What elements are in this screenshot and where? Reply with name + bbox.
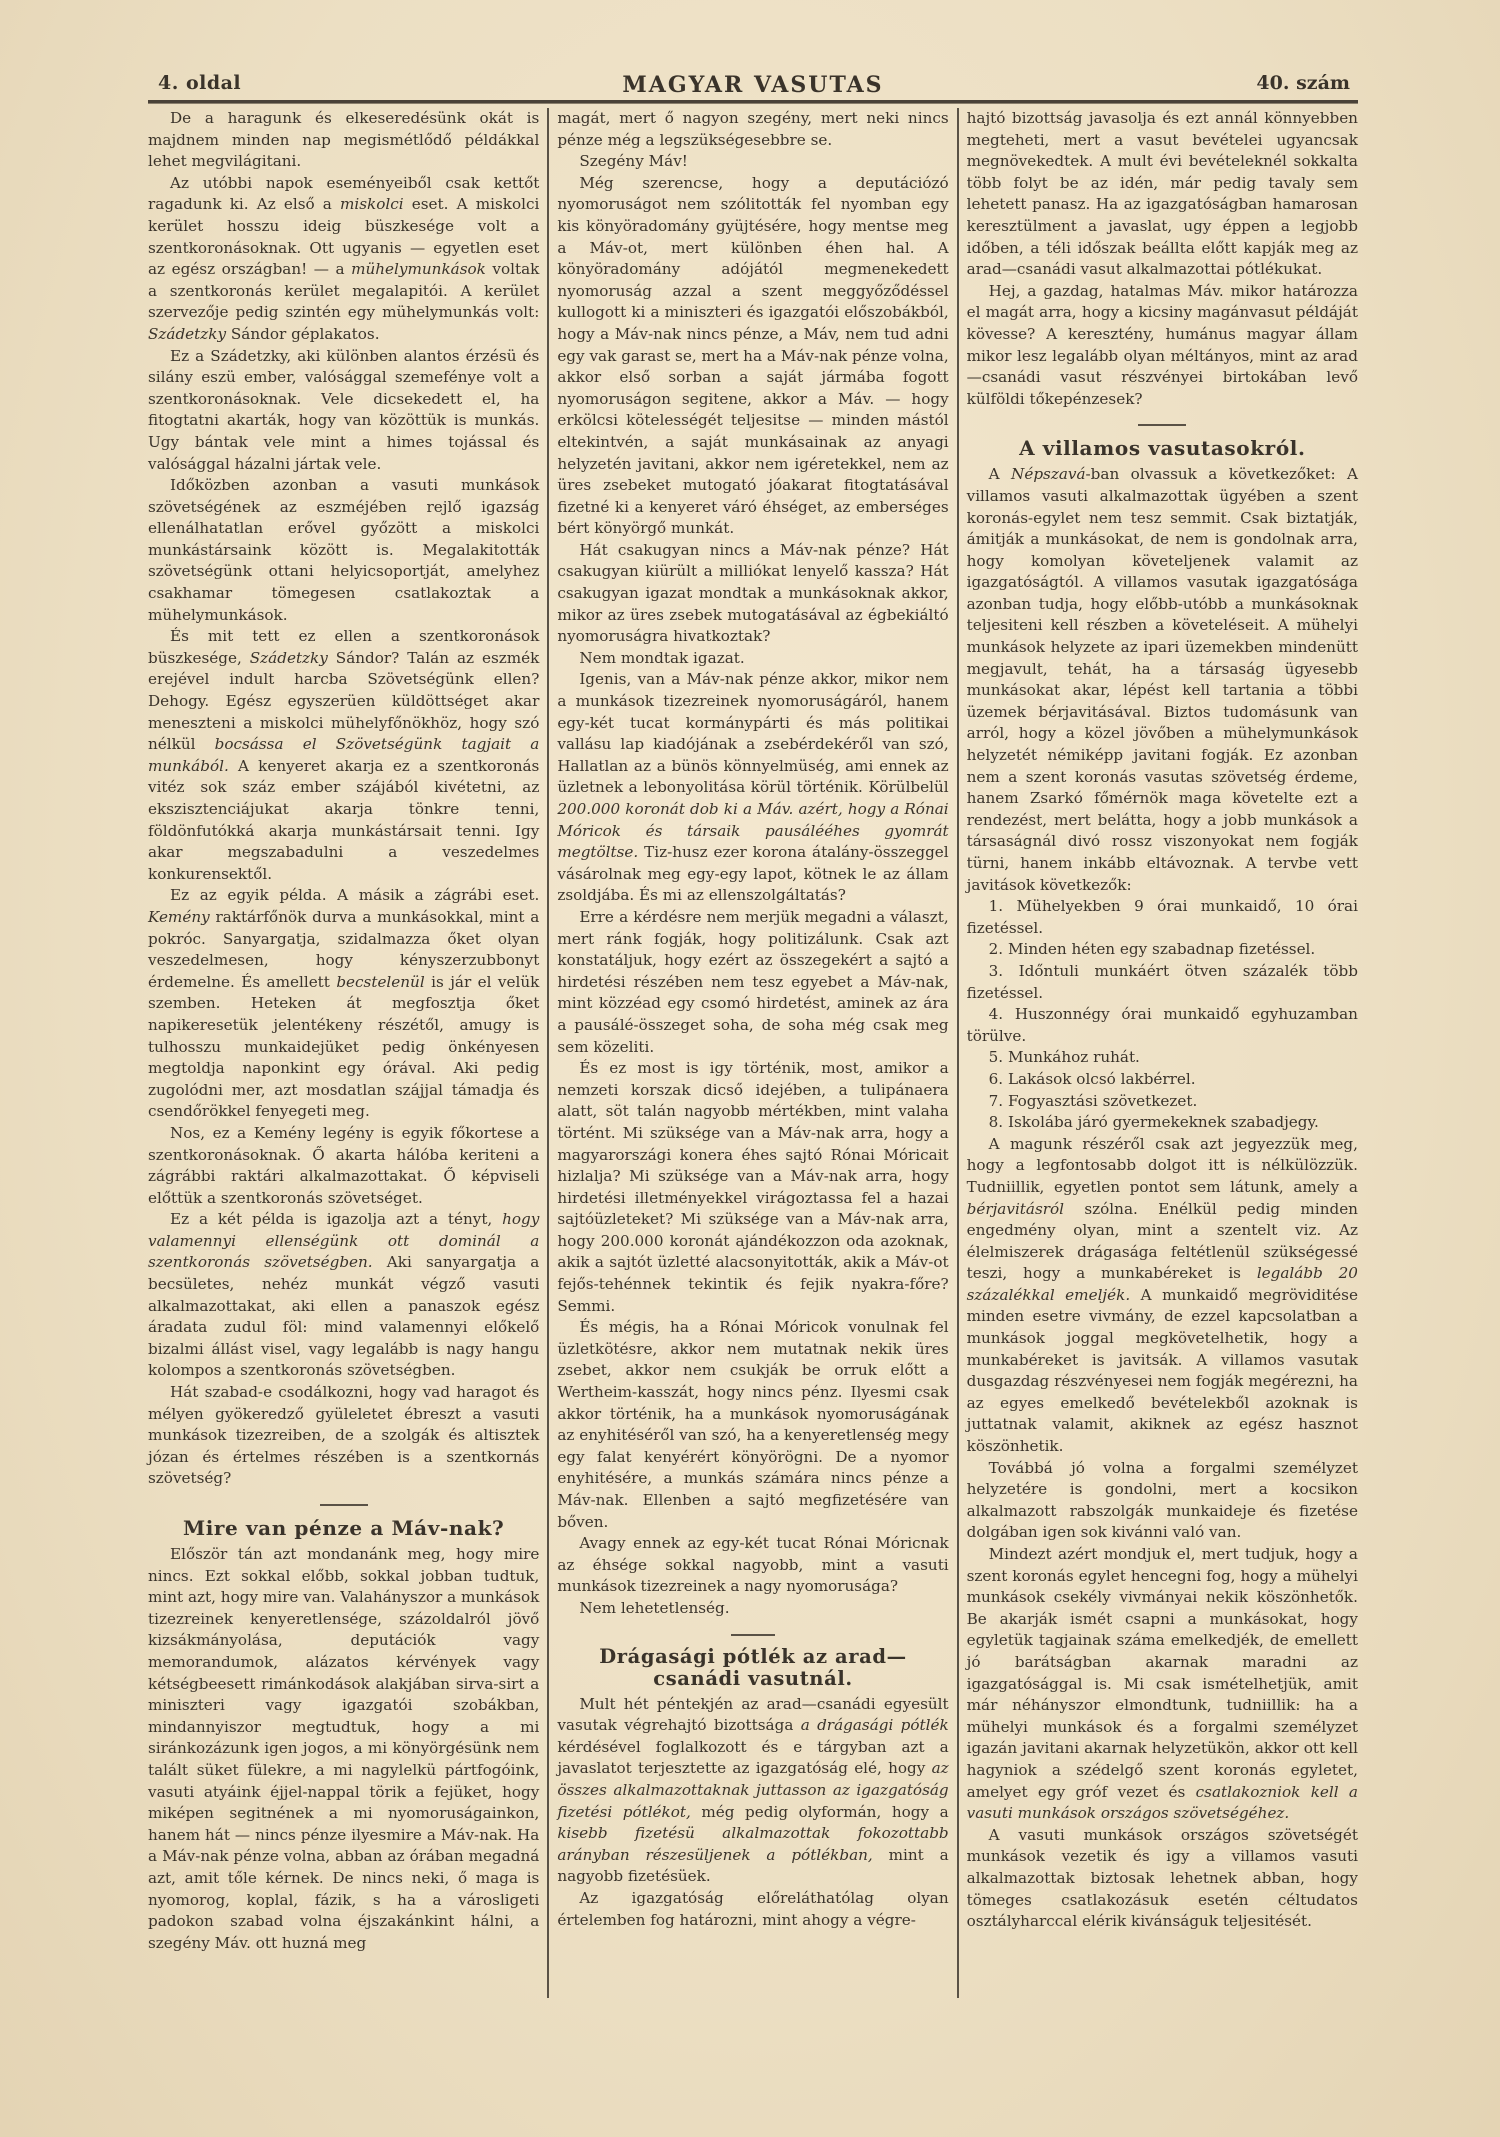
column-2: magát, mert ő nagyon szegény, mert neki … [555,108,950,1998]
columns: De a haragunk és elkeseredésünk okát is … [148,108,1358,1998]
paragraph: De a haragunk és elkeseredésünk okát is … [148,108,539,173]
section-divider [1138,424,1186,426]
paragraph: A magunk részéről csak azt jegyezzük meg… [967,1134,1358,1458]
paragraph: Nem mondtak igazat. [557,648,948,670]
paragraph: Szegény Máv! [557,151,948,173]
paragraph: Az utóbbi napok eseményeiből csak kettőt… [148,173,539,346]
masthead: 4. oldal MAGYAR VASUTAS 40. szám [148,72,1358,98]
paragraph: Mult hét péntekjén az arad—csanádi egyes… [557,1694,948,1888]
paragraph: Továbbá jó volna a forgalmi személyzet h… [967,1458,1358,1544]
newspaper-title: MAGYAR VASUTAS [148,72,1358,98]
list-item: 2. Minden héten egy szabadnap fizetéssel… [967,939,1358,961]
paragraph: Avagy ennek az egy-két tucat Rónai Móric… [557,1533,948,1598]
article-heading: Drágasági pótlék az arad—csanádi vasutná… [557,1646,948,1690]
list-item: 6. Lakások olcsó lakbérrel. [967,1069,1358,1091]
paragraph: És mégis, ha a Rónai Móricok vonulnak fe… [557,1317,948,1533]
column-rule [957,108,959,1998]
paragraph: Hej, a gazdag, hatalmas Máv. mikor határ… [967,281,1358,411]
paragraph: Nem lehetetlenség. [557,1598,948,1620]
paragraph: Ez a Szádetzky, aki különben alantos érz… [148,346,539,476]
article-heading: Mire van pénze a Máv-nak? [148,1516,539,1540]
paragraph: Még szerencse, hogy a deputációzó nyomor… [557,173,948,540]
paragraph: És mit tett ez ellen a szentkoronások bü… [148,626,539,885]
paragraph: Nos, ez a Kemény legény is egyik főkorte… [148,1123,539,1209]
column-1: De a haragunk és elkeseredésünk okát is … [148,108,541,1998]
paragraph: Az igazgatóság előreláthatólag olyan ért… [557,1888,948,1931]
list-item: 1. Mühelyekben 9 órai munkaidő, 10 órai … [967,896,1358,939]
list-item: 4. Huszonnégy órai munkaidő egyhuzamban … [967,1004,1358,1047]
article-heading: A villamos vasutasokról. [967,436,1358,460]
paragraph: Igenis, van a Máv-nak pénze akkor, mikor… [557,669,948,907]
paragraph: Időközben azonban a vasuti munkások szöv… [148,475,539,626]
list-item: 3. Időntuli munkáért ötven százalék több… [967,961,1358,1004]
paragraph: Először tán azt mondanánk meg, hogy mire… [148,1544,539,1954]
paragraph: Ez a két példa is igazolja azt a tényt, … [148,1209,539,1382]
paragraph: A vasuti munkások országos szövetségét m… [967,1825,1358,1933]
paragraph: Mindezt azért mondjuk el, mert tudjuk, h… [967,1544,1358,1825]
list-item: 7. Fogyasztási szövetkezet. [967,1091,1358,1113]
demands-list: 1. Mühelyekben 9 órai munkaidő, 10 órai … [967,896,1358,1134]
paragraph: A Népszavá-ban olvassuk a következőket: … [967,464,1358,896]
column-3: hajtó bizottság javasolja és ezt annál k… [965,108,1358,1998]
paragraph: És ez most is igy történik, most, amikor… [557,1058,948,1317]
issue-number: 40. szám [1256,72,1350,94]
paragraph: Hát csakugyan nincs a Máv-nak pénze? Hát… [557,540,948,648]
paragraph: Ez az egyik példa. A másik a zágrábi ese… [148,885,539,1123]
header-rule [148,100,1358,104]
list-item: 5. Munkához ruhát. [967,1047,1358,1069]
section-divider [731,1634,775,1636]
list-item: 8. Iskolába járó gyermekeknek szabadjegy… [967,1112,1358,1134]
newspaper-page: 4. oldal MAGYAR VASUTAS 40. szám De a ha… [148,72,1358,1998]
paragraph: hajtó bizottság javasolja és ezt annál k… [967,108,1358,281]
column-rule [547,108,549,1998]
paragraph: Erre a kérdésre nem merjük megadni a vál… [557,907,948,1058]
paragraph: Hát szabad-e csodálkozni, hogy vad harag… [148,1382,539,1490]
paragraph: magát, mert ő nagyon szegény, mert neki … [557,108,948,151]
section-divider [320,1504,368,1506]
